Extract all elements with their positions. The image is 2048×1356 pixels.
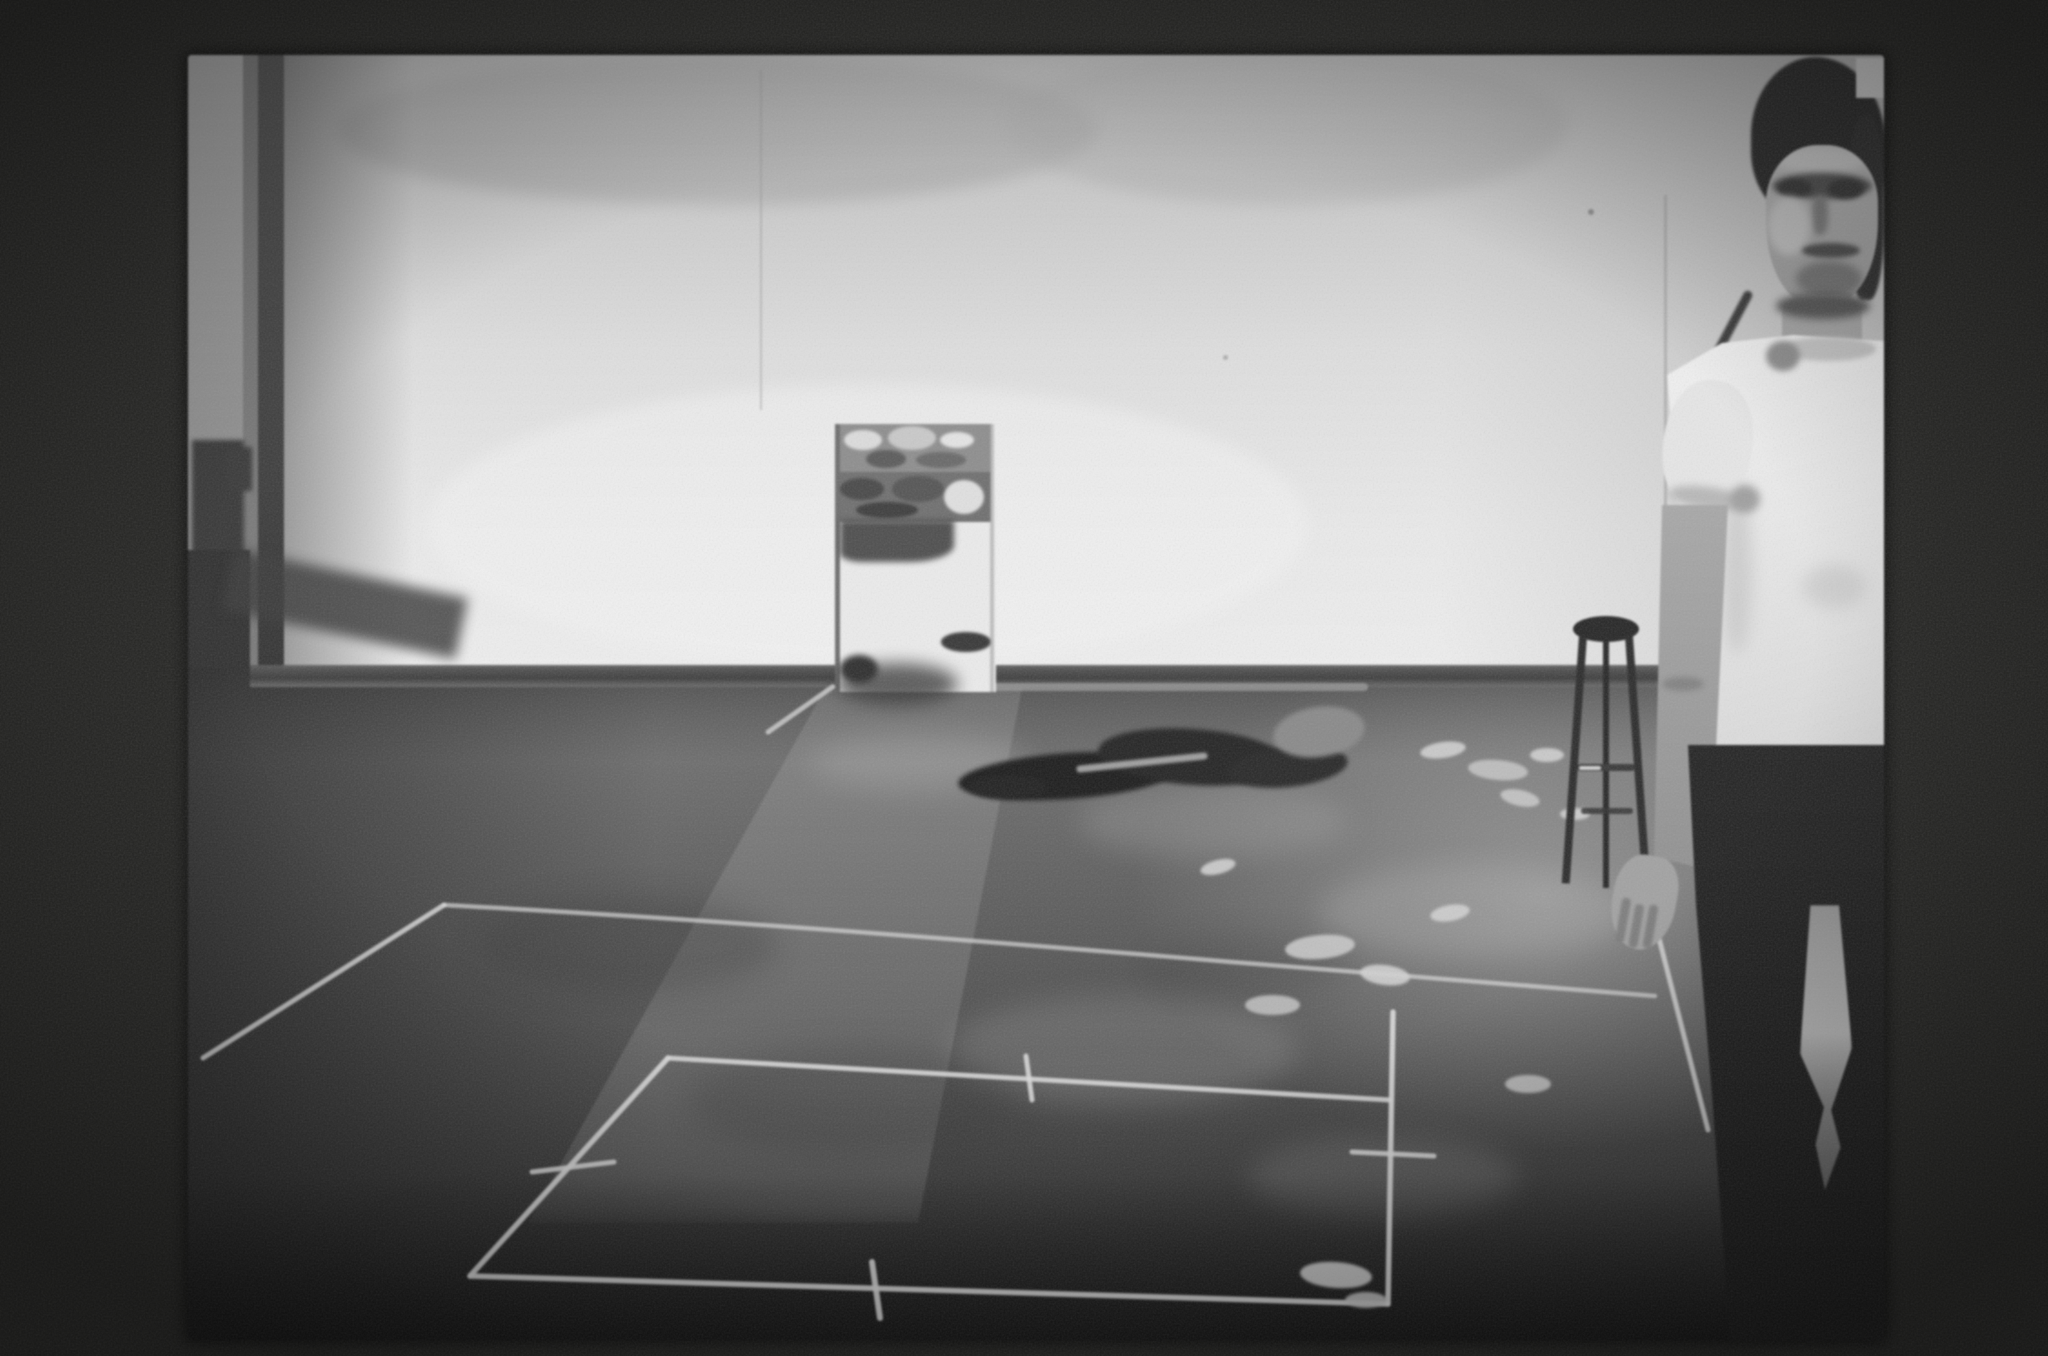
- person-face: [1766, 145, 1878, 305]
- finger-line: [1642, 904, 1659, 949]
- clothes-blob: [968, 775, 1048, 799]
- nose-shadow: [1812, 195, 1828, 235]
- tape-midpoint-tab: [872, 1262, 880, 1318]
- photo-frame: [188, 55, 1884, 1340]
- film-still: [0, 0, 2048, 1356]
- tshirt-fold-shadow: [1802, 565, 1866, 609]
- elbow-crease: [1662, 677, 1704, 691]
- right-eye: [1828, 179, 1864, 199]
- paper-scrap: [1245, 995, 1300, 1015]
- armpit-shadow: [1730, 485, 1760, 513]
- left-eye: [1778, 179, 1812, 197]
- paper-scrap: [1345, 1292, 1387, 1308]
- chin-shadow: [1796, 261, 1862, 297]
- stool-rung-highlight: [1579, 766, 1601, 770]
- person-hand: [1604, 850, 1684, 955]
- paper-scrap: [1530, 748, 1564, 762]
- wall-sliver-above-shoulder: [1856, 58, 1884, 98]
- mouth-shadow: [1802, 243, 1860, 258]
- tape-midpoint-tab: [1352, 1152, 1434, 1156]
- forehead-highlight: [1776, 147, 1866, 173]
- person: [1610, 55, 1884, 1340]
- paper-scrap: [1505, 1075, 1551, 1093]
- outer-tape-top-edge: [444, 905, 1655, 996]
- inner-tape-bottom-edge: [470, 1276, 1388, 1304]
- cheek-highlight: [1768, 197, 1810, 255]
- person-trousers: [1678, 745, 1884, 1340]
- stool-leg: [1603, 638, 1609, 888]
- tape-midpoint-tab: [1026, 1056, 1032, 1100]
- outer-tape-left-edge: [203, 905, 444, 1058]
- inner-tape-right-edge: [1388, 1012, 1393, 1304]
- tshirt-collar-shadow: [1766, 341, 1800, 371]
- jaw-shadow: [1776, 293, 1870, 319]
